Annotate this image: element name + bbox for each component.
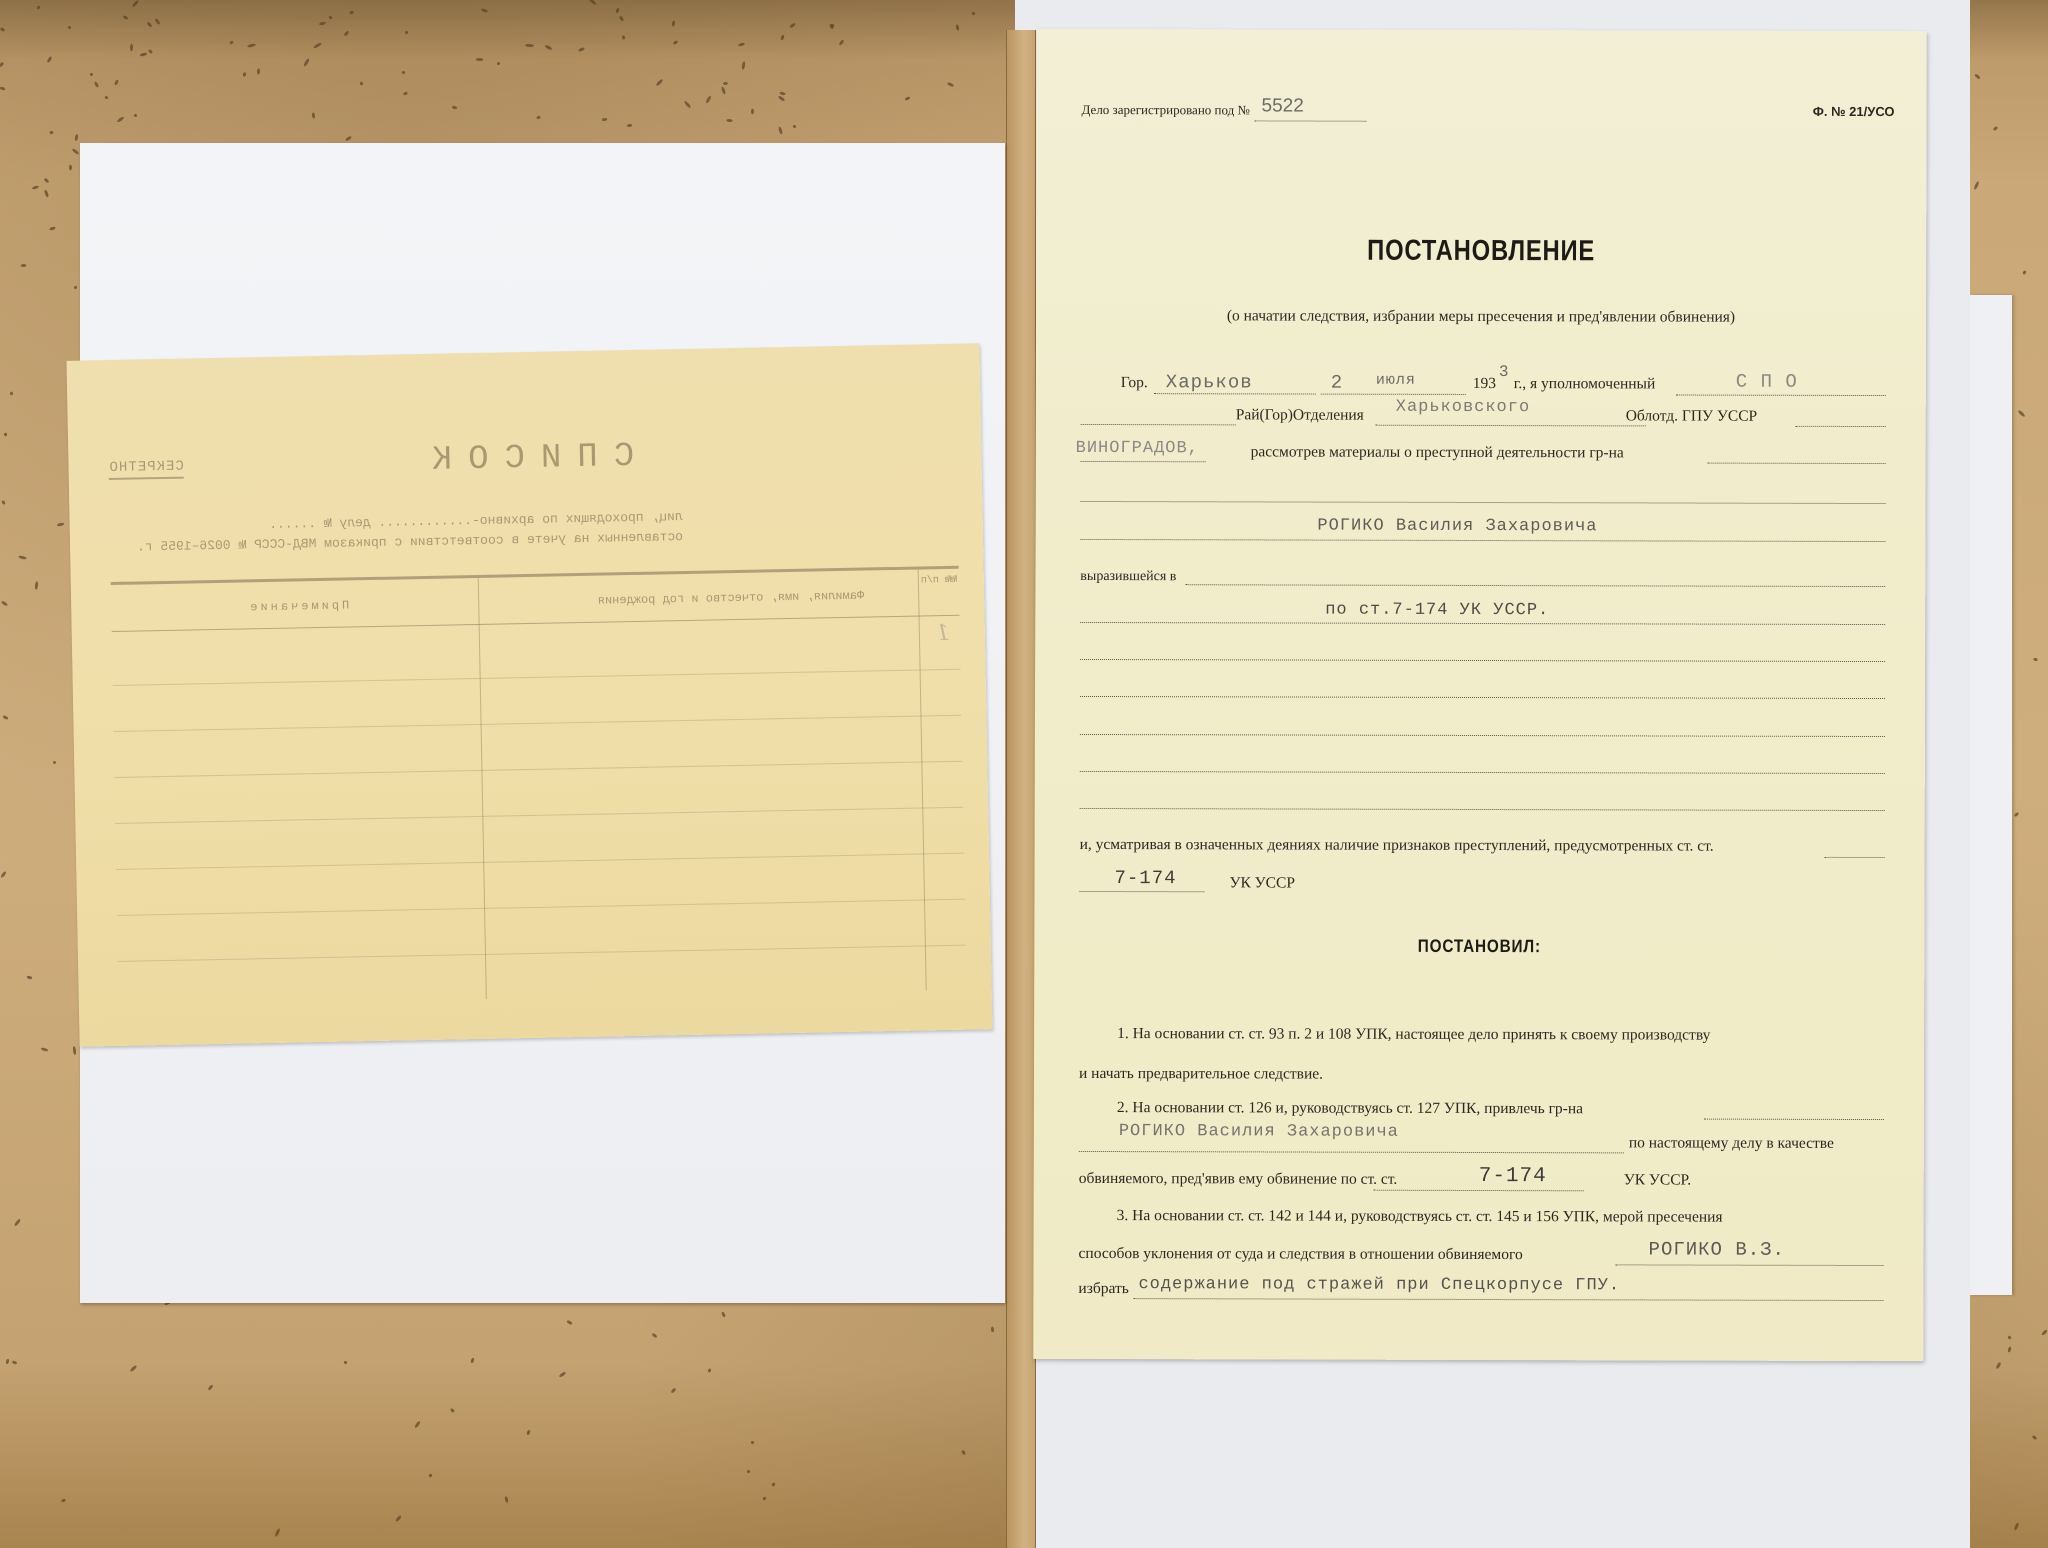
cardboard-speck (1974, 73, 1981, 79)
month-value: июля (1376, 372, 1416, 389)
cardboard-speck (2014, 812, 2020, 818)
cardboard-speck (751, 1441, 755, 1445)
year-suffix: 3 (1499, 363, 1510, 381)
city-label: Гор. (1121, 374, 1148, 392)
accused-full-name: РОГИКО Василия Захаровича (1317, 517, 1597, 537)
card-subtitle-2: оставленных на учете в соответствии с пр… (137, 529, 683, 554)
item-3-line-1: 3. На основании ст. ст. 142 и 144 и, рук… (1117, 1207, 1723, 1227)
cardboard-speck (526, 1429, 531, 1435)
cardboard-speck (497, 62, 500, 66)
item-1-line-1: 1. На основании ст. ст. 93 п. 2 и 108 УП… (1117, 1025, 1710, 1045)
field-line (1079, 1151, 1624, 1153)
card-row-line (114, 761, 962, 778)
cardboard-speck (52, 760, 56, 764)
cardboard-speck (771, 1482, 776, 1487)
cardboard-speck (242, 72, 246, 77)
item-2-line-1: 2. На основании ст. 126 и, руководствуяс… (1117, 1099, 1583, 1118)
card-row-line (117, 899, 965, 916)
cardboard-speck (2022, 270, 2027, 275)
cardboard-speck (721, 86, 726, 95)
field-line (1080, 696, 1885, 699)
cardboard-speck (414, 1421, 421, 1429)
field-line (1080, 771, 1885, 774)
cardboard-speck (19, 555, 28, 560)
cardboard-speck (6, 1359, 10, 1365)
resolved-heading: ПОСТАНОВИЛ: (1101, 935, 1858, 958)
cardboard-speck (452, 105, 458, 109)
cardboard-speck (75, 134, 79, 141)
cardboard-speck (74, 285, 78, 289)
cardboard-speck (567, 1320, 574, 1326)
cardboard-speck (395, 1515, 402, 1522)
cardboard-speck (117, 116, 125, 123)
cardboard-speck (504, 1496, 509, 1503)
card-row-line (113, 669, 961, 686)
card-col-head-note: Примечание (247, 598, 349, 614)
finding-text: и, усматривая в означенных деяниях налич… (1080, 836, 1714, 856)
cardboard-speck (763, 1497, 768, 1502)
card-classification: СЕКРЕТНО (108, 459, 184, 480)
finding-code: УК УССР (1229, 874, 1295, 892)
list-card-mirrored-content: СПИСОК СЕКРЕТНО лиц, проходящих по архив… (66, 343, 992, 1046)
cardboard-speck (536, 116, 541, 120)
cardboard-speck (1996, 1362, 2002, 1370)
cardboard-speck (2033, 658, 2038, 662)
cardboard-speck (656, 78, 664, 86)
field-line (1676, 395, 1886, 397)
cardboard-speck (13, 1218, 20, 1226)
cardboard-speck (133, 114, 137, 118)
field-line (1704, 1119, 1884, 1120)
cardboard-speck (69, 165, 72, 171)
field-line (1374, 1190, 1584, 1192)
cardboard-speck (602, 117, 608, 121)
cardboard-speck (31, 185, 39, 190)
cardboard-speck (707, 1368, 711, 1372)
cardboard-speck (705, 95, 712, 104)
cardboard-speck (778, 127, 783, 135)
cardboard-speck (751, 108, 754, 114)
cardboard-speck (961, 1450, 966, 1456)
field-line (1081, 424, 1236, 425)
folder-spine (1006, 30, 1036, 1548)
list-card: СПИСОК СЕКРЕТНО лиц, проходящих по архив… (66, 343, 992, 1046)
cardboard-speck (93, 81, 99, 88)
cardboard-speck (991, 1327, 995, 1333)
cardboard-speck (129, 1365, 137, 1373)
document-subtitle: (о начатии следствия, избрании меры прес… (1036, 307, 1926, 327)
field-line (1080, 539, 1885, 542)
card-row-line (118, 945, 966, 962)
article-text: по ст.7-174 УК УССР. (1325, 601, 1549, 621)
cardboard-speck (9, 392, 12, 396)
card-subtitle-1: лиц, проходящих по архивно-............ … (269, 509, 683, 532)
dept-value: Харьковского (1396, 398, 1530, 417)
cardboard-speck (559, 1371, 567, 1378)
cardboard-speck (35, 581, 39, 590)
document-title: ПОСТАНОВЛЕНИЕ (1116, 234, 1846, 269)
card-col-head-num: №№ п/п (919, 575, 959, 588)
finding-article: 7-174 (1114, 867, 1176, 889)
cardboard-speck (947, 82, 955, 88)
cardboard-speck (904, 96, 910, 101)
cardboard-speck (1, 500, 6, 505)
field-line (1796, 426, 1886, 427)
cardboard-speck (57, 522, 65, 527)
cardboard-speck (256, 68, 260, 74)
item-2-article: 7-174 (1479, 1165, 1547, 1188)
cardboard-speck (4, 433, 7, 436)
city-value: Харьков (1166, 371, 1253, 393)
cardboard-speck (72, 1046, 76, 1055)
field-line (1321, 394, 1466, 395)
card-title: СПИСОК (68, 431, 982, 487)
cardboard-speck (359, 81, 363, 85)
cardboard-speck (721, 1311, 726, 1318)
field-line (1708, 463, 1886, 464)
cardboard-speck (312, 113, 316, 119)
resolution-document: Дело зарегистрировано под № 5522 Ф. № 21… (1033, 29, 1926, 1361)
cardboard-speck (2008, 1335, 2012, 1339)
field-line (1376, 425, 1646, 427)
card-row-line (116, 853, 964, 870)
field-line (1080, 734, 1885, 737)
cardboard-speck (727, 119, 733, 123)
card-table: №№ п/п Фамилия, имя, отчество и год рожд… (111, 569, 967, 1006)
item-2-line-3-suffix: УК УССР. (1624, 1171, 1691, 1189)
cardboard-speck (670, 1387, 676, 1393)
registration-label: Дело зарегистрировано под № (1082, 102, 1250, 118)
cardboard-speck (104, 96, 108, 100)
cardboard-speck (43, 177, 49, 183)
card-row-line (115, 807, 963, 824)
card-col-divider (918, 570, 927, 991)
cardboard-speck (2008, 1347, 2012, 1353)
cardboard-speck (1, 600, 8, 606)
cardboard-speck (2018, 409, 2026, 417)
item-3-accused-short: РОГИКО В.З. (1649, 1238, 1785, 1260)
cardboard-speck (61, 1498, 66, 1502)
cardboard-speck (21, 264, 27, 267)
item-3-line-3-prefix: избрать (1078, 1280, 1128, 1298)
cardboard-speck (344, 1361, 348, 1365)
day-value: 2 (1331, 372, 1343, 394)
field-line (1081, 461, 1206, 462)
considered-label: рассмотрев материалы о преступной деятел… (1251, 443, 1624, 462)
card-col-head-name: Фамилия, имя, отчество и год рождения (598, 589, 865, 608)
oblotd-label: Облотд. ГПУ УССР (1626, 407, 1758, 425)
backing-sheet-edge (1970, 295, 2012, 1295)
cardboard-speck (428, 1473, 433, 1478)
cardboard-speck (723, 82, 728, 85)
cardboard-speck (40, 1046, 48, 1051)
cardboard-speck (2013, 1522, 2019, 1531)
cardboard-speck (470, 1357, 475, 1363)
field-line (1080, 659, 1885, 662)
cardboard-speck (0, 870, 7, 878)
cardboard-speck (114, 79, 119, 85)
item-2-line-3-prefix: обвиняемого, пред'явив ему обвинение по … (1079, 1170, 1398, 1189)
cardboard-speck (403, 91, 408, 95)
cardboard-speck (12, 1360, 18, 1365)
field-line (1080, 808, 1885, 811)
cardboard-speck (71, 148, 79, 155)
card-row-line (112, 615, 960, 632)
cardboard-speck (450, 1408, 455, 1413)
field-line (1255, 120, 1367, 121)
field-line (1825, 857, 1885, 858)
item-3-measure: содержание под стражей при Спецкорпусе Г… (1138, 1275, 1620, 1295)
cardboard-speck (274, 1528, 280, 1537)
cardboard-speck (26, 975, 32, 979)
field-line (1079, 891, 1204, 892)
cardboard-speck (747, 1470, 751, 1474)
cardboard-speck (2, 715, 9, 720)
cardboard-speck (1974, 181, 1980, 190)
cardboard-speck (2041, 1329, 2048, 1336)
card-row-number: 1 (936, 621, 950, 646)
field-line (1081, 501, 1886, 504)
card-row-line (114, 715, 962, 732)
field-line (1080, 622, 1885, 625)
cardboard-speck (207, 1384, 213, 1391)
cardboard-speck (44, 189, 50, 198)
item-2-accused: РОГИКО Василия Захаровича (1119, 1122, 1399, 1142)
year-prefix: 193 (1473, 375, 1496, 393)
cardboard-speck (50, 131, 54, 134)
cardboard-speck (345, 135, 352, 141)
cardboard-speck (778, 95, 786, 102)
cardboard-speck (741, 61, 745, 70)
field-line (1133, 1298, 1883, 1301)
item-2-line-2-suffix: по настоящему делу в качестве (1629, 1134, 1834, 1153)
item-1-line-2: и начать предварительное следствие. (1079, 1065, 1323, 1084)
officer-name: ВИНОГРАДОВ, (1076, 439, 1199, 458)
registration-number: 5522 (1262, 95, 1304, 117)
cardboard-speck (401, 71, 405, 75)
cardboard-speck (0, 62, 4, 68)
cardboard-speck (2032, 1435, 2038, 1440)
cardboard-speck (1993, 126, 1999, 131)
cardboard-speck (793, 125, 797, 129)
cardboard-speck (90, 72, 94, 76)
field-line (1616, 1264, 1884, 1266)
cardboard-speck (651, 1332, 657, 1338)
officer-unit: С П О (1736, 371, 1798, 393)
cardboard-speck (0, 87, 5, 91)
item-3-line-2-prefix: способов уклонения от суда и следствия в… (1079, 1245, 1523, 1264)
card-col-divider (478, 578, 487, 999)
expressed-label: выразившейся в (1080, 569, 1176, 585)
cardboard-speck (627, 124, 633, 128)
field-line (1185, 584, 1885, 587)
form-code: Ф. № 21/УСО (1813, 104, 1895, 119)
year-label: г., я уполномоченный (1514, 375, 1655, 393)
cardboard-speck (683, 100, 691, 109)
cardboard-speck (49, 226, 56, 231)
dept-label: Рай(Гор)Отделения (1236, 406, 1364, 424)
